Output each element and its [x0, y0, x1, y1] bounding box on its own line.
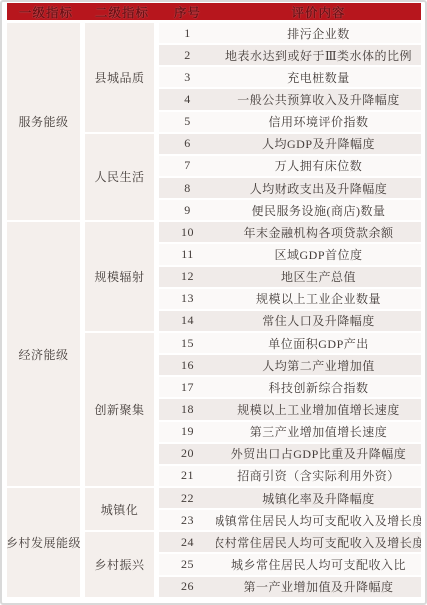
row-serial-cell: 12: [159, 267, 216, 289]
level2-group-cell: 创新聚集: [85, 333, 154, 488]
row-content-cell: 区域GDP首位度: [216, 244, 421, 266]
row-content-cell: 招商引资（含实际利用外资）: [216, 466, 421, 488]
row-content-cell: 人均财政支出及升降幅度: [216, 178, 421, 200]
page: 一级指标 二级指标 序号 评价内容 服务能级经济能级乡村发展能级县城品质人民生活…: [0, 0, 427, 605]
table-header-row: 一级指标 二级指标 序号 评价内容: [7, 3, 421, 23]
row-serial-cell: 21: [159, 466, 216, 488]
row-content-cell: 规模以上工业企业数量: [216, 289, 421, 311]
row-content-cell: 信用环境评价指数: [216, 112, 421, 134]
row-content-cell: 一般公共预算收入及升降幅度: [216, 89, 421, 111]
level2-group-cell: 县城品质: [85, 23, 154, 134]
row-serial-cell: 11: [159, 244, 216, 266]
row-serial-cell: 2: [159, 45, 216, 67]
row-serial-cell: 10: [159, 222, 216, 244]
level2-group-cell: 城镇化: [85, 488, 154, 532]
header-cell-serial-number: 序号: [159, 3, 216, 21]
row-content-cell: 第一产业增加值及升降幅度: [216, 577, 421, 599]
indicator-table: 一级指标 二级指标 序号 评价内容 服务能级经济能级乡村发展能级县城品质人民生活…: [7, 3, 421, 599]
row-serial-cell: 14: [159, 311, 216, 333]
row-serial-cell: 18: [159, 399, 216, 421]
level2-group-cell: 人民生活: [85, 134, 154, 223]
row-serial-cell: 7: [159, 156, 216, 178]
row-serial-cell: 25: [159, 554, 216, 576]
row-content-cell: 常住人口及升降幅度: [216, 311, 421, 333]
level2-group-cell: 规模辐射: [85, 222, 154, 333]
row-serial-cell: 4: [159, 89, 216, 111]
row-serial-cell: 6: [159, 134, 216, 156]
row-serial-cell: 24: [159, 532, 216, 554]
row-content-cell: 农村常住居民人均可支配收入及增长度: [216, 532, 421, 554]
row-serial-cell: 20: [159, 444, 216, 466]
row-content-cell: 外贸出口占GDP比重及升降幅度: [216, 444, 421, 466]
row-serial-cell: 1: [159, 23, 216, 45]
row-serial-cell: 17: [159, 377, 216, 399]
header-cell-level2-indicator: 二级指标: [85, 3, 159, 21]
row-content-cell: 便民服务设施(商店)数量: [216, 200, 421, 222]
row-serial-cell: 16: [159, 355, 216, 377]
row-serial-cell: 9: [159, 200, 216, 222]
row-content-cell: 年末金融机构各项贷款余额: [216, 222, 421, 244]
level2-group-cell: 乡村振兴: [85, 532, 154, 598]
row-content-cell: 排污企业数: [216, 23, 421, 45]
row-serial-cell: 15: [159, 333, 216, 355]
row-serial-cell: 13: [159, 289, 216, 311]
header-cell-level1-indicator: 一级指标: [7, 3, 85, 21]
row-content-cell: 规模以上工业增加值增长速度: [216, 399, 421, 421]
row-content-cell: 单位面积GDP产出: [216, 333, 421, 355]
row-content-cell: 城镇化率及升降幅度: [216, 488, 421, 510]
level1-group-cell: 经济能级: [7, 222, 80, 488]
row-serial-cell: 5: [159, 112, 216, 134]
row-serial-cell: 8: [159, 178, 216, 200]
row-content-cell: 地区生产总值: [216, 267, 421, 289]
row-serial-cell: 23: [159, 510, 216, 532]
row-content-cell: 万人拥有床位数: [216, 156, 421, 178]
row-content-cell: 科技创新综合指数: [216, 377, 421, 399]
level1-group-cell: 乡村发展能级: [7, 488, 80, 599]
row-content-cell: 城乡常住居民人均可支配收入比: [216, 554, 421, 576]
row-serial-cell: 19: [159, 422, 216, 444]
row-content-cell: 充电桩数量: [216, 67, 421, 89]
row-content-cell: 人均第二产业增加值: [216, 355, 421, 377]
row-serial-cell: 22: [159, 488, 216, 510]
row-serial-cell: 3: [159, 67, 216, 89]
row-content-cell: 地表水达到或好于Ⅲ类水体的比例: [216, 45, 421, 67]
row-content-cell: 城镇常住居民人均可支配收入及增长度: [216, 510, 421, 532]
header-cell-evaluation-content: 评价内容: [216, 3, 421, 21]
row-serial-cell: 26: [159, 577, 216, 599]
row-content-cell: 第三产业增加值增长速度: [216, 422, 421, 444]
level1-group-cell: 服务能级: [7, 23, 80, 222]
row-content-cell: 人均GDP及升降幅度: [216, 134, 421, 156]
